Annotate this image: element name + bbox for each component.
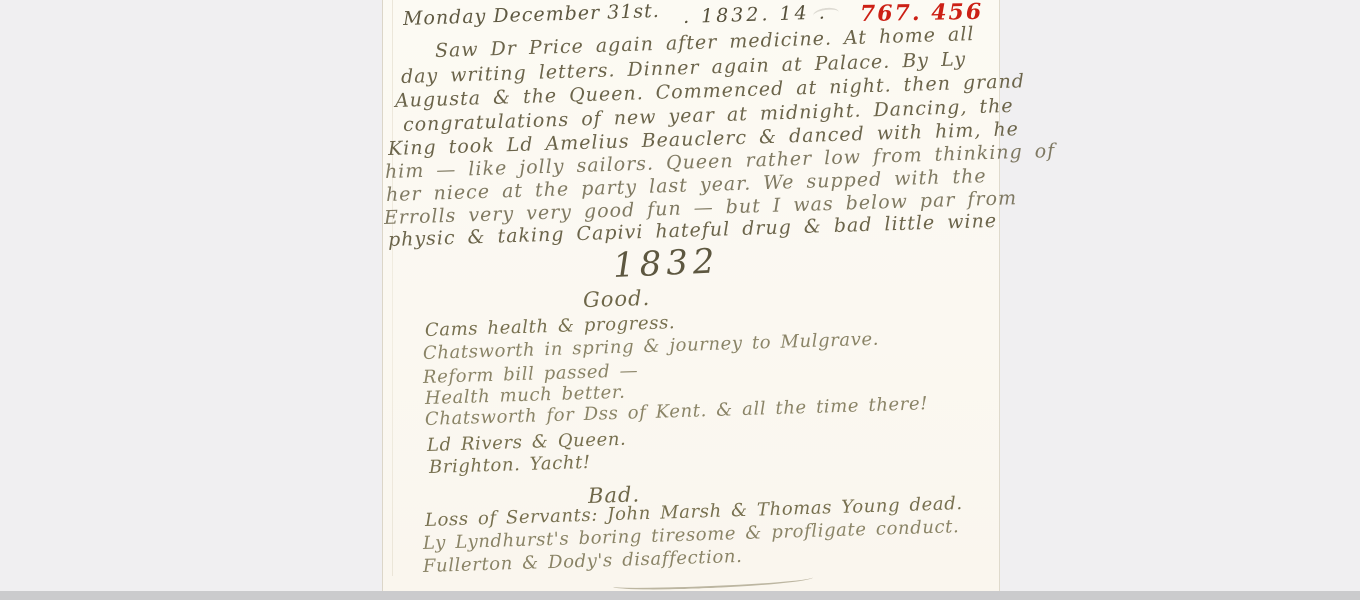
entry-date: Monday December 31st. — [403, 0, 660, 30]
photo-bottom-edge — [0, 591, 1360, 600]
good-heading: Good. — [583, 286, 651, 312]
good-item: Ld Rivers & Queen. — [427, 429, 627, 456]
ink-flourish — [613, 573, 813, 592]
manuscript-page: Monday December 31st. . 1832. 14 . 767. … — [383, 0, 999, 600]
good-item: Brighton. Yacht! — [429, 452, 591, 478]
page-fold-line — [392, 0, 393, 576]
year-page-number: . 1832. 14 . — [683, 1, 828, 28]
scan-background: Monday December 31st. . 1832. 14 . 767. … — [0, 0, 1360, 600]
year-heading: 1832 — [612, 241, 720, 286]
